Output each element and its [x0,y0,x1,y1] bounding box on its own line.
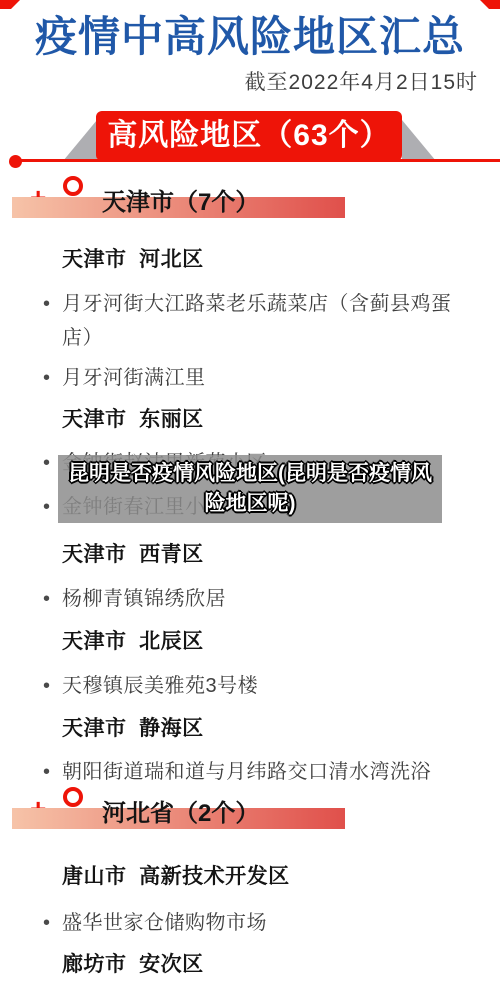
section-label: 河北省（2个） [102,793,259,828]
list-item: 朝阳街道瑞和道与月纬路交口清水湾洗浴 [62,755,458,789]
section-header-hebei: + 河北省（2个） [0,787,500,829]
banner-underline-dot [9,155,22,168]
district-name: 廊坊市 安次区 [62,948,204,978]
district-name: 天津市 西青区 [62,538,204,568]
section-label: 天津市（7个） [102,182,259,217]
section-header-tianjin: + 天津市（7个） [0,176,500,218]
ribbon-fold-left-icon [63,120,97,161]
page-title: 疫情中高风险地区汇总 [0,4,500,64]
high-risk-banner: 高风险地区（63个） [96,111,402,161]
infographic-page: 疫情中高风险地区汇总 截至2022年4月2日15时 高风险地区（63个） + 天… [0,0,500,981]
district-name: 天津市 北辰区 [62,625,204,655]
district-name: 唐山市 高新技术开发区 [62,860,290,890]
list-item: 月牙河街满江里 [62,361,458,395]
as-of-date: 截至2022年4月2日15时 [245,66,478,96]
ribbon-fold-right-icon [402,120,436,161]
district-name: 天津市 静海区 [62,712,204,742]
watermark-text: 昆明是否疫情风险地区(昆明是否疫情风险地区呢) [58,459,442,519]
circle-decoration-icon [63,176,83,196]
list-item: 天穆镇辰美雅苑3号楼 [62,669,458,703]
watermark-overlay: 昆明是否疫情风险地区(昆明是否疫情风险地区呢) [58,455,442,523]
list-item: 杨柳青镇锦绣欣居 [62,582,458,616]
district-name: 天津市 东丽区 [62,403,204,433]
list-item: 月牙河街大江路菜老乐蔬菜店（含蓟县鸡蛋店） [62,287,458,355]
district-name: 天津市 河北区 [62,243,204,273]
list-item: 盛华世家仓储购物市场 [62,906,458,940]
circle-decoration-icon [63,787,83,807]
